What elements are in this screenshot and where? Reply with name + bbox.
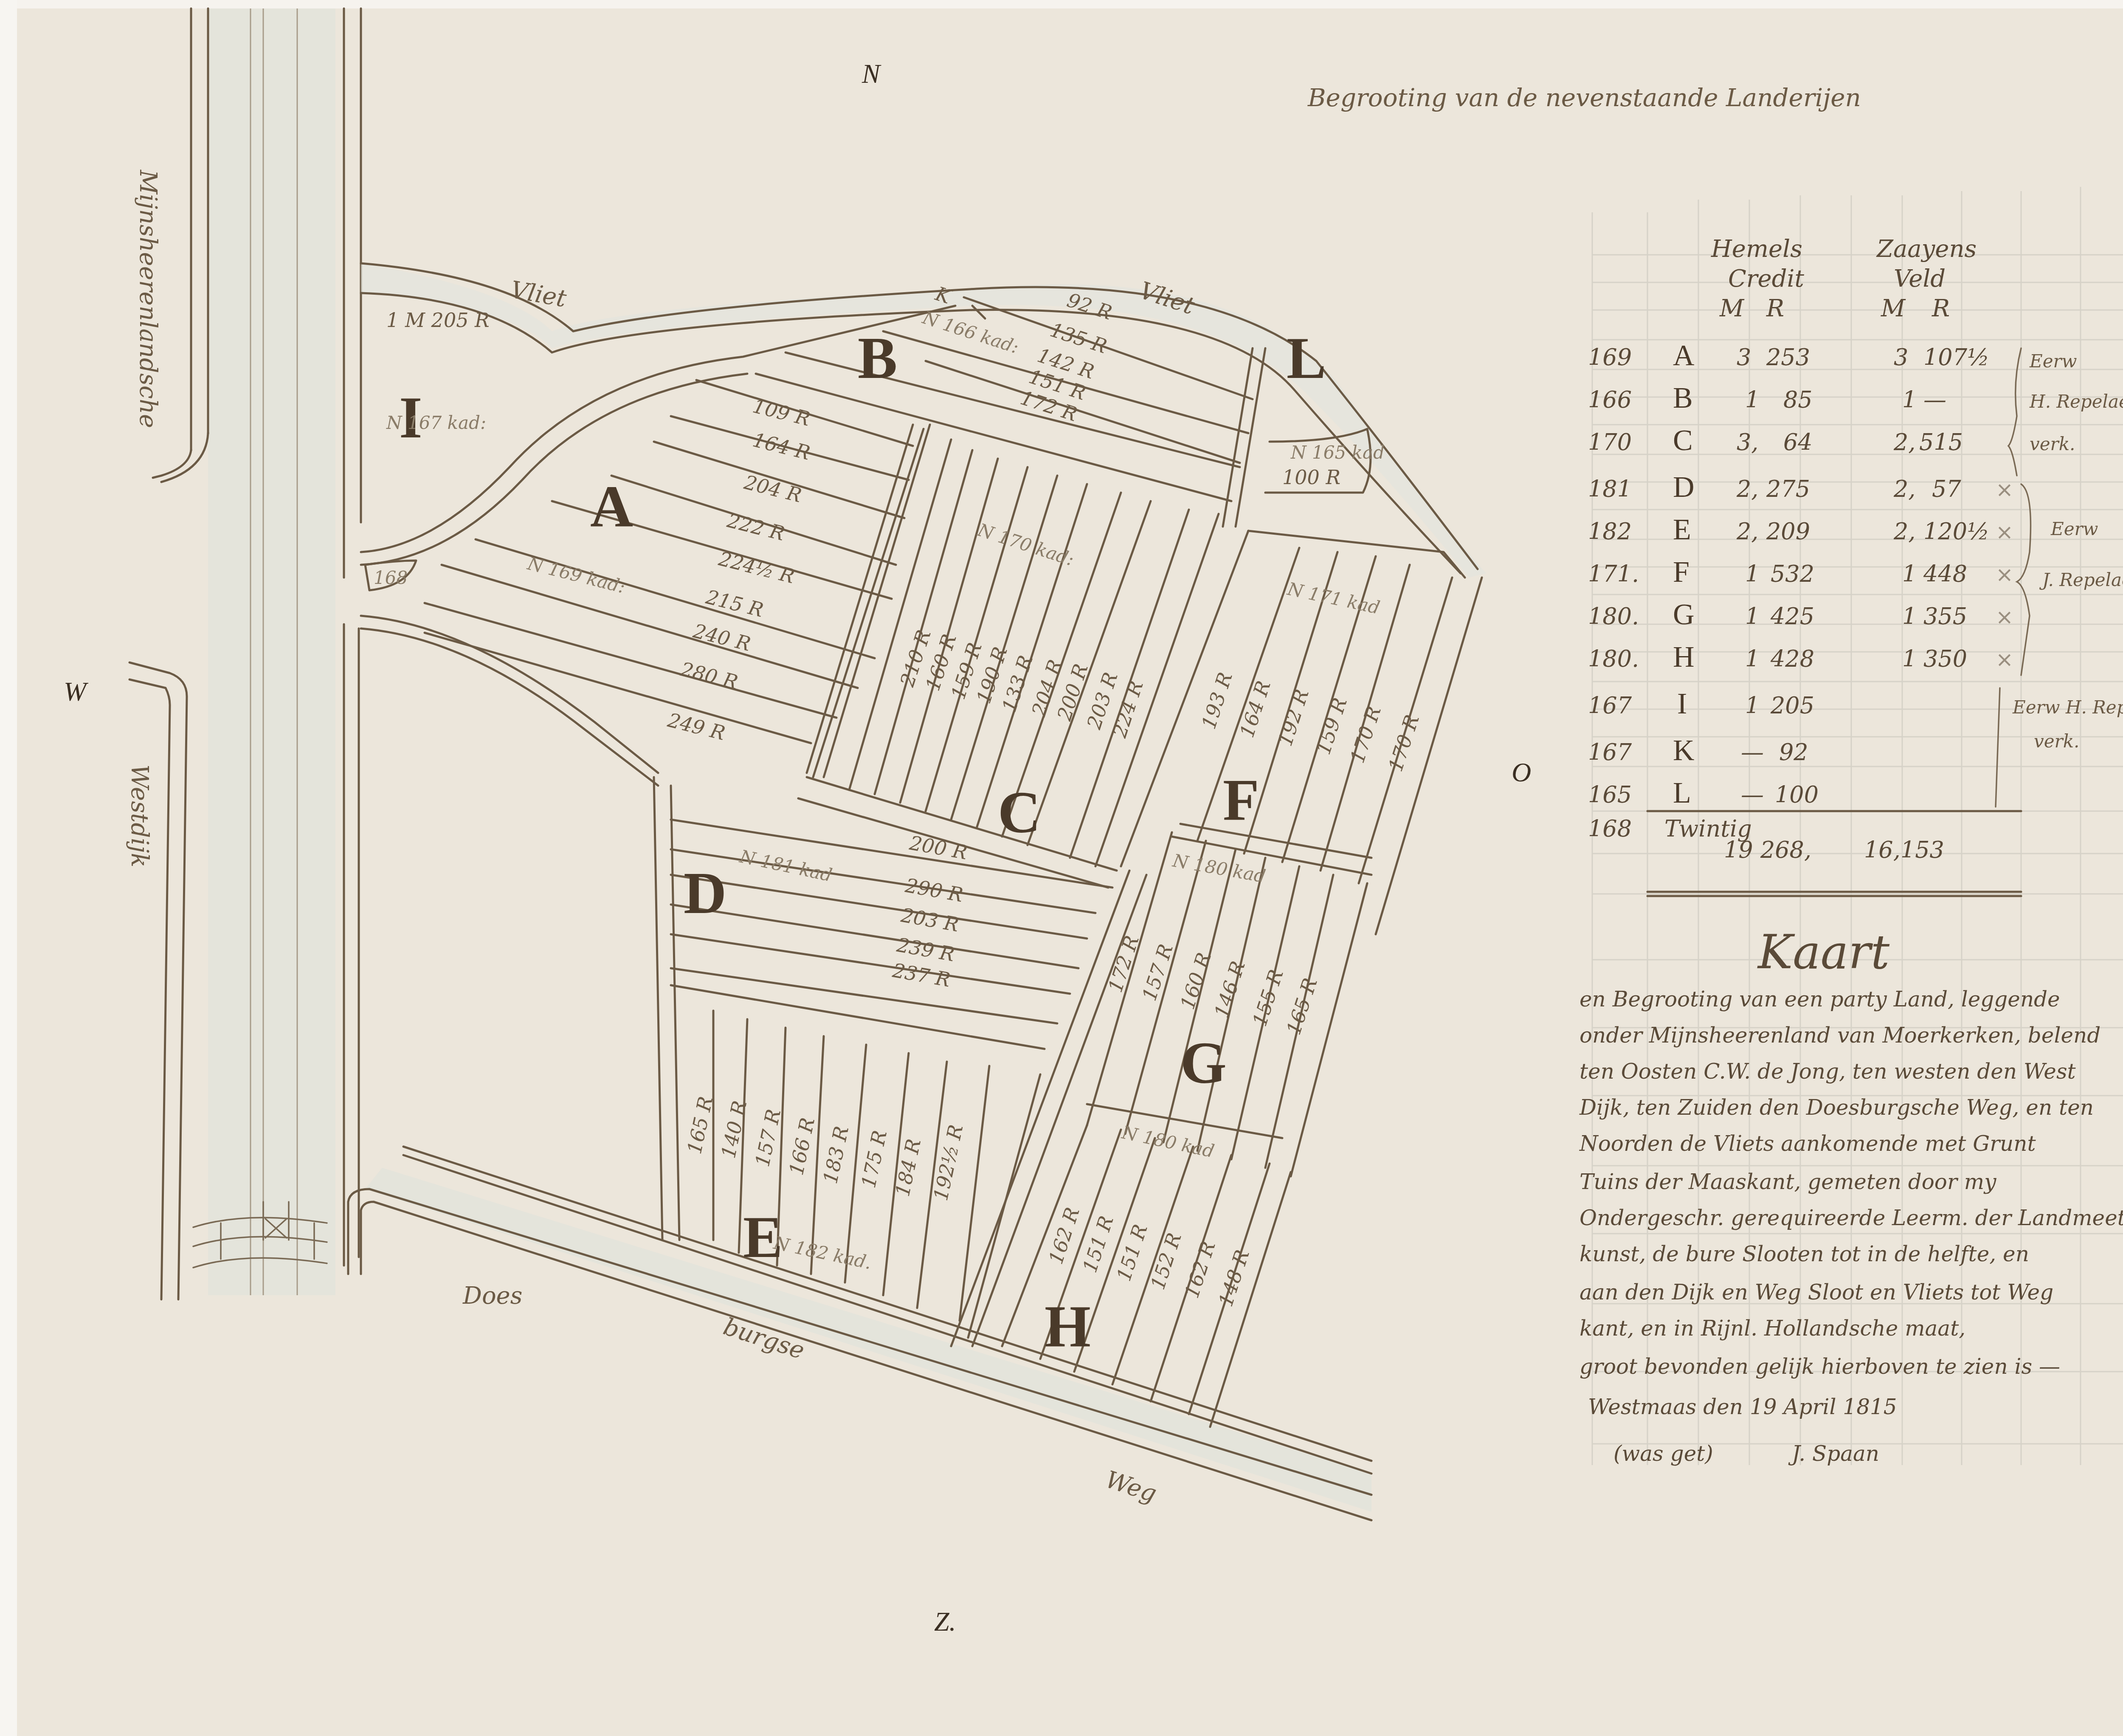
svg-text:181: 181 xyxy=(1588,476,1632,502)
unit-r: R xyxy=(1766,295,1784,322)
check-mark: × xyxy=(1996,647,2013,672)
svg-text:92: 92 xyxy=(1779,739,1808,766)
brace-note: Eerw xyxy=(2050,519,2098,539)
signature-prefix: (was get) xyxy=(1613,1441,1713,1466)
compass-east: O xyxy=(1512,757,1531,787)
brace-note: Eerw xyxy=(2029,351,2077,372)
svg-text:3: 3 xyxy=(1894,344,1908,371)
svg-text:L: L xyxy=(1673,777,1691,809)
svg-text:I: I xyxy=(1677,688,1687,720)
svg-text:2,: 2, xyxy=(1893,476,1916,502)
estimate-title: Begrooting van de nevenstaande Landerije… xyxy=(1307,83,1861,112)
svg-text:180.: 180. xyxy=(1588,645,1639,672)
svg-text:—: — xyxy=(1741,739,1764,766)
svg-text:1: 1 xyxy=(1745,603,1760,630)
svg-text:3: 3 xyxy=(1737,344,1751,371)
svg-text:1: 1 xyxy=(1902,386,1917,413)
svg-text:onder Mijnsheerenland van Moer: onder Mijnsheerenland van Moerkerken, be… xyxy=(1580,1023,2100,1048)
svg-text:64: 64 xyxy=(1783,429,1813,456)
svg-text:kunst, de bure Slooten tot in: kunst, de bure Slooten tot in de helfte,… xyxy=(1580,1242,2029,1266)
svg-text:169: 169 xyxy=(1588,344,1632,371)
plot-l-kad: N 165 kad xyxy=(1290,442,1385,463)
svg-text:1: 1 xyxy=(1745,386,1760,413)
plot-letter-a: A xyxy=(590,474,633,540)
plot-letter-c: C xyxy=(998,780,1041,845)
unit-m: M xyxy=(1881,295,1906,322)
brace-note: verk. xyxy=(2034,731,2079,752)
check-mark: × xyxy=(1996,605,2013,629)
svg-text:2,: 2, xyxy=(1893,429,1916,456)
svg-text:D: D xyxy=(1673,471,1695,504)
brace-note: verk. xyxy=(2030,434,2075,454)
col-credit: Credit xyxy=(1728,265,1805,293)
compass-north: N xyxy=(862,59,881,89)
svg-text:107½: 107½ xyxy=(1923,344,1989,371)
col-zaayens: Zaayens xyxy=(1876,235,1977,263)
plot-l-measure: 100 R xyxy=(1282,466,1340,489)
compass-south: Z. xyxy=(934,1606,956,1637)
total-zaayens: 16,153 xyxy=(1864,837,1944,863)
westdijk-label: Westdijk xyxy=(126,764,153,867)
svg-text:1: 1 xyxy=(1902,645,1917,672)
svg-text:aan den Dijk en Weg Sloot en V: aan den Dijk en Weg Sloot en Vliets tot … xyxy=(1580,1280,2053,1305)
svg-text:532: 532 xyxy=(1771,561,1814,587)
svg-text:Dijk, ten Zuiden den Doesburgs: Dijk, ten Zuiden den Doesburgsche Weg, e… xyxy=(1579,1095,2094,1120)
plot-i-kad: N 167 kad: xyxy=(386,412,486,433)
svg-text:168: 168 xyxy=(1588,815,1632,842)
svg-text:100: 100 xyxy=(1775,781,1819,808)
svg-text:E: E xyxy=(1673,513,1691,546)
plot-i-area: 1 M 205 R xyxy=(386,309,490,332)
brace-note: J. Repelaer xyxy=(2039,569,2123,590)
svg-text:180.: 180. xyxy=(1588,603,1639,630)
svg-text:205: 205 xyxy=(1770,692,1814,719)
svg-text:1: 1 xyxy=(1902,603,1917,630)
svg-text:kant, en in Rijnl. Hollandsche: kant, en in Rijnl. Hollandsche maat, xyxy=(1580,1316,1965,1341)
svg-text:165: 165 xyxy=(1588,781,1632,808)
svg-text:209: 209 xyxy=(1766,518,1810,545)
brace-note: Eerw H. Repelaer xyxy=(2012,697,2123,718)
svg-text:1: 1 xyxy=(1902,561,1917,587)
svg-text:170: 170 xyxy=(1588,429,1632,456)
scan-edge xyxy=(0,0,17,1736)
svg-text:B: B xyxy=(1673,382,1693,414)
plot-letter-l: L xyxy=(1287,325,1326,391)
description-heading: Kaart xyxy=(1757,925,1890,979)
svg-text:2,: 2, xyxy=(1736,518,1759,545)
svg-text:3,: 3, xyxy=(1737,429,1759,456)
canal-label: Mijnsheerenlandsche xyxy=(134,169,162,428)
svg-text:G: G xyxy=(1673,598,1695,631)
svg-text:Noorden de Vliets aankomende m: Noorden de Vliets aankomende met Grunt xyxy=(1579,1131,2036,1156)
svg-text:57: 57 xyxy=(1932,476,1961,502)
check-mark: × xyxy=(1996,520,2013,544)
svg-text:515: 515 xyxy=(1919,429,1963,456)
svg-text:425: 425 xyxy=(1770,603,1814,630)
svg-text:428: 428 xyxy=(1770,645,1814,672)
svg-text:C: C xyxy=(1673,424,1693,457)
svg-text:171.: 171. xyxy=(1588,561,1639,587)
plot-letter-h: H xyxy=(1045,1294,1091,1359)
svg-text:H: H xyxy=(1673,641,1695,674)
plot-letter-f: F xyxy=(1223,767,1259,833)
check-mark: × xyxy=(1996,562,2013,587)
road-label-does: Does xyxy=(462,1282,523,1310)
signature: J. Spaan xyxy=(1788,1441,1879,1466)
svg-text:Ondergeschr. gerequireerde Lee: Ondergeschr. gerequireerde Leerm. der La… xyxy=(1580,1206,2123,1230)
svg-text:448: 448 xyxy=(1923,561,1967,587)
svg-text:F: F xyxy=(1673,556,1689,589)
svg-text:166: 166 xyxy=(1588,386,1632,413)
svg-text:—: — xyxy=(1741,781,1764,808)
svg-text:85: 85 xyxy=(1783,386,1813,413)
svg-text:Westmaas den 19 April 1815: Westmaas den 19 April 1815 xyxy=(1588,1395,1897,1419)
svg-text:2,: 2, xyxy=(1736,476,1759,502)
compass-west: W xyxy=(64,676,89,707)
col-hemels: Hemels xyxy=(1711,235,1802,263)
plot-letter-d: D xyxy=(684,860,726,926)
svg-text:355: 355 xyxy=(1923,603,1967,630)
check-mark: × xyxy=(1996,477,2013,502)
plot-letter-g: G xyxy=(1180,1030,1227,1096)
svg-text:350: 350 xyxy=(1923,645,1967,672)
svg-text:1: 1 xyxy=(1745,692,1760,719)
svg-text:groot bevonden gelijk hierbove: groot bevonden gelijk hierboven te zien … xyxy=(1580,1354,2060,1379)
unit-m: M xyxy=(1719,295,1745,322)
map-sheet: 168 xyxy=(0,0,2123,1736)
svg-text:ten Oosten C.W. de Jong, ten w: ten Oosten C.W. de Jong, ten westen den … xyxy=(1580,1059,2076,1084)
plot-letter-b: B xyxy=(858,325,897,391)
total-hemels: 19 268, xyxy=(1724,837,1811,863)
svg-text:en Begrooting van een party La: en Begrooting van een party Land, leggen… xyxy=(1580,987,2060,1012)
svg-text:—: — xyxy=(1923,386,1946,413)
svg-text:Tuins der Maaskant, gemeten do: Tuins der Maaskant, gemeten door my xyxy=(1580,1170,1996,1194)
brace-note: H. Repelaer xyxy=(2029,391,2123,412)
svg-text:2,: 2, xyxy=(1893,518,1916,545)
svg-text:1: 1 xyxy=(1745,645,1760,672)
svg-text:182: 182 xyxy=(1588,518,1632,545)
svg-text:K: K xyxy=(1673,734,1695,767)
svg-text:A: A xyxy=(1673,339,1695,372)
unit-r: R xyxy=(1932,295,1950,322)
svg-text:167: 167 xyxy=(1588,739,1632,766)
svg-text:120½: 120½ xyxy=(1923,518,1989,545)
svg-text:167: 167 xyxy=(1588,692,1632,719)
col-veld: Veld xyxy=(1894,265,1946,293)
svg-text:275: 275 xyxy=(1766,476,1810,502)
svg-text:168: 168 xyxy=(374,567,408,588)
svg-text:1: 1 xyxy=(1745,561,1760,587)
svg-text:253: 253 xyxy=(1766,344,1810,371)
